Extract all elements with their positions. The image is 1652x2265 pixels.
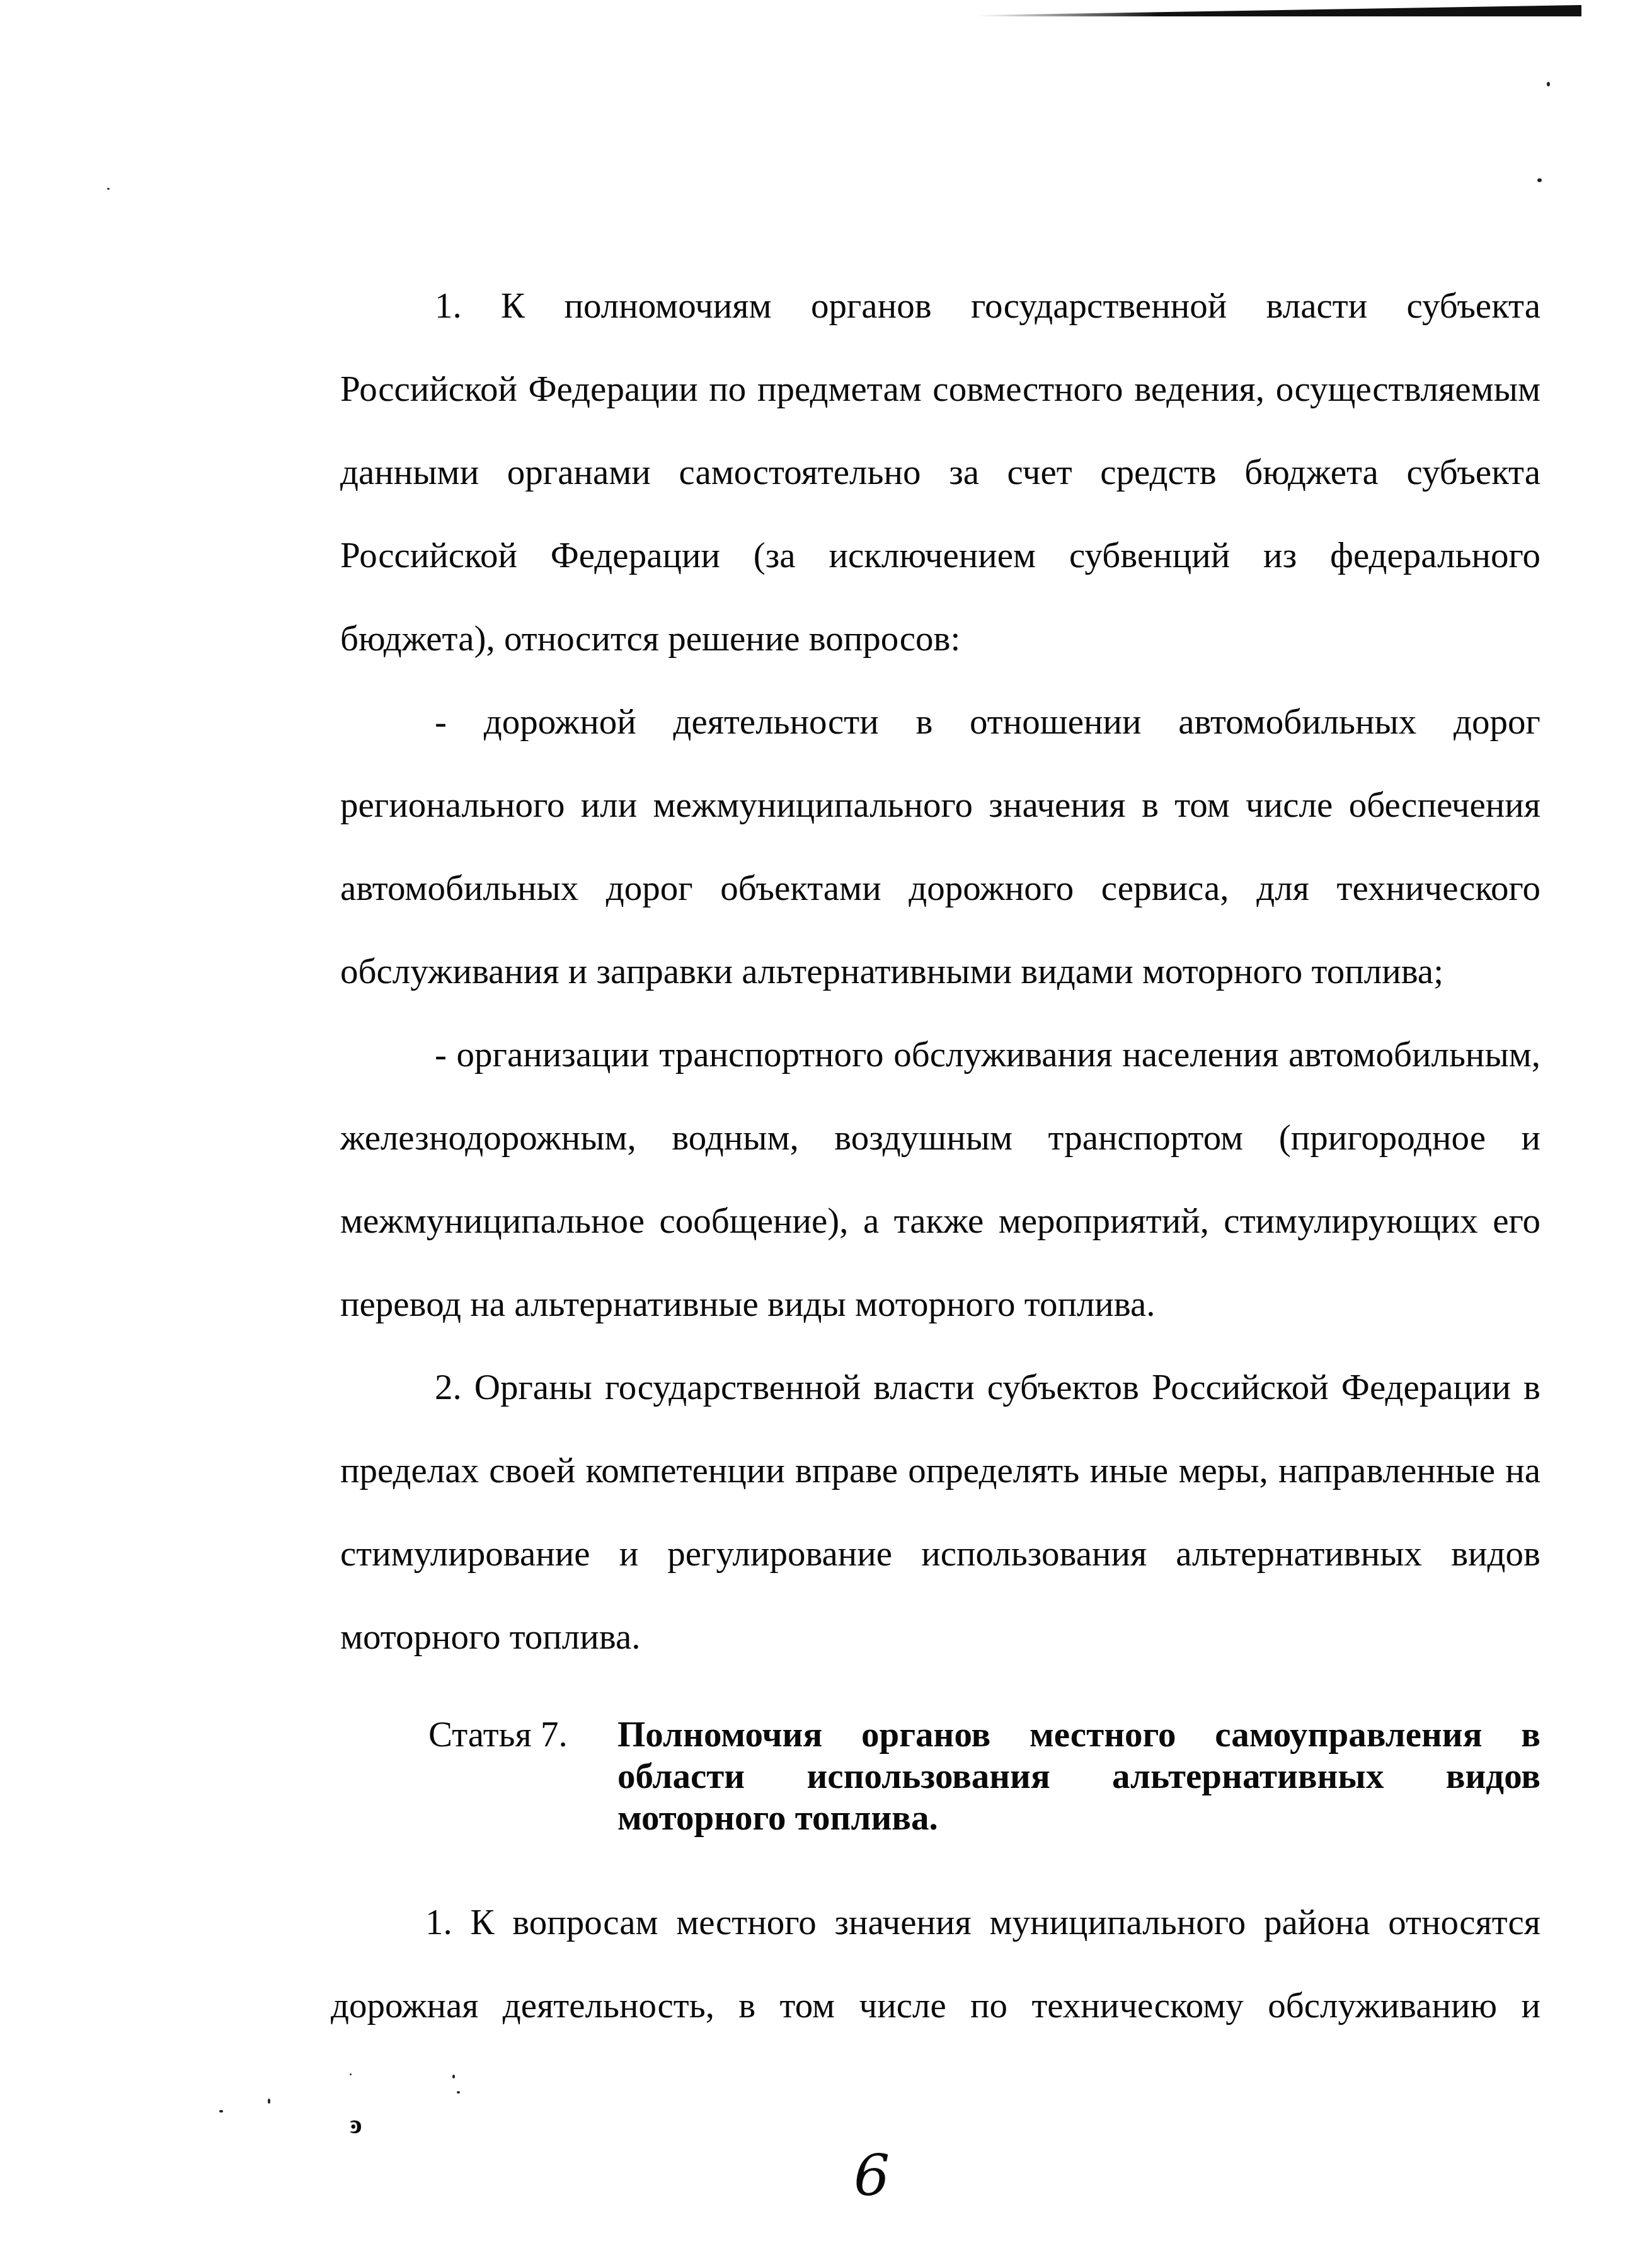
scan-speck <box>268 2099 270 2104</box>
scan-speck <box>219 2110 223 2112</box>
bullet-transport-service: - организации транспортного обслуживания… <box>340 1013 1540 1346</box>
scan-speck <box>452 2075 455 2078</box>
article-7-body: 1. К вопросам местного значения муниципа… <box>331 1881 1540 2048</box>
stray-ink-mark: ͽ <box>350 2108 362 2140</box>
scan-speck <box>1547 82 1550 86</box>
scan-speck <box>350 2073 352 2075</box>
paragraph-2: 2. Органы государственной власти субъект… <box>340 1346 1540 1679</box>
article-title: Полномочия органов местного самоуправлен… <box>617 1714 1540 1839</box>
article-7-paragraph-1: 1. К вопросам местного значения муниципа… <box>331 1881 1540 2048</box>
scan-speck <box>457 2091 460 2094</box>
scan-speck <box>107 188 110 190</box>
page-number: 6 <box>854 2143 890 2209</box>
paragraph-1: 1. К полномочиям органов государственной… <box>340 265 1540 681</box>
document-body: 1. К полномочиям органов государственной… <box>340 265 1540 1679</box>
article-label: Статья 7. <box>428 1714 568 1756</box>
bullet-road-activity: - дорожной деятельности в отношении авто… <box>340 681 1540 1013</box>
scan-speck <box>1537 178 1542 182</box>
scan-edge-artifact <box>977 4 1581 16</box>
